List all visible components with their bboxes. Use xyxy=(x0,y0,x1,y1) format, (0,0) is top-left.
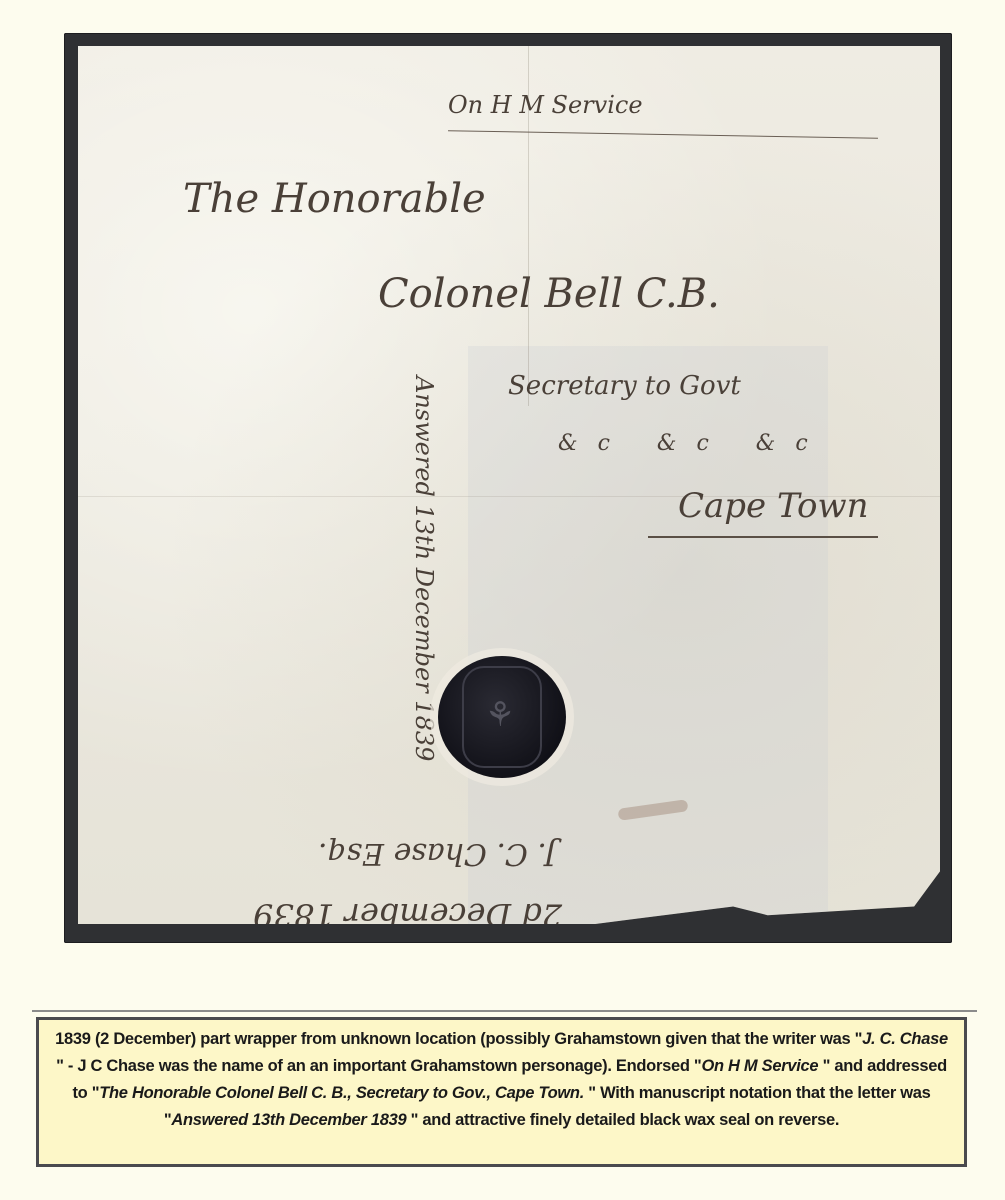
caption-text-1: 1839 (2 December) part wrapper from unkn… xyxy=(55,1030,862,1048)
postal-cover-wrapper: On H M Service The Honorable Colonel Bel… xyxy=(78,46,940,924)
address-line-5: Cape Town xyxy=(678,486,869,526)
caption-answered: Answered 13th December 1839 xyxy=(171,1111,406,1129)
caption-text-5: " and attractive finely detailed black w… xyxy=(406,1111,839,1129)
caption-addressed: The Honorable Colonel Bell C. B., Secret… xyxy=(99,1084,584,1102)
seal-cartouche: ⚘ xyxy=(462,666,542,768)
seal-crest-icon: ⚘ xyxy=(484,690,516,740)
caption-writer: J. C. Chase xyxy=(862,1030,948,1048)
endorsement-text: On H M Service xyxy=(448,91,643,119)
caption-text-2: " - J C Chase was the name of an an impo… xyxy=(56,1057,701,1075)
address-underline xyxy=(648,536,878,538)
address-line-3: Secretary to Govt xyxy=(508,371,741,401)
address-line-4: &c &c &c xyxy=(558,431,828,456)
wax-seal-icon: ⚘ xyxy=(438,656,566,778)
cover-mount: On H M Service The Honorable Colonel Bel… xyxy=(64,33,952,943)
caption-box: 1839 (2 December) part wrapper from unkn… xyxy=(36,1017,967,1167)
date-written: 2d December 1839 xyxy=(253,896,562,934)
caption-divider xyxy=(32,1010,977,1012)
caption-endorsed: On H M Service xyxy=(701,1057,818,1075)
endorsement-underline xyxy=(448,130,878,139)
address-line-2: Colonel Bell C.B. xyxy=(378,271,720,317)
sender-name: J. C. Chase Esq. xyxy=(318,836,557,871)
address-line-1: The Honorable xyxy=(183,176,486,222)
docket-notation: Answered 13th December 1839 xyxy=(410,376,438,761)
